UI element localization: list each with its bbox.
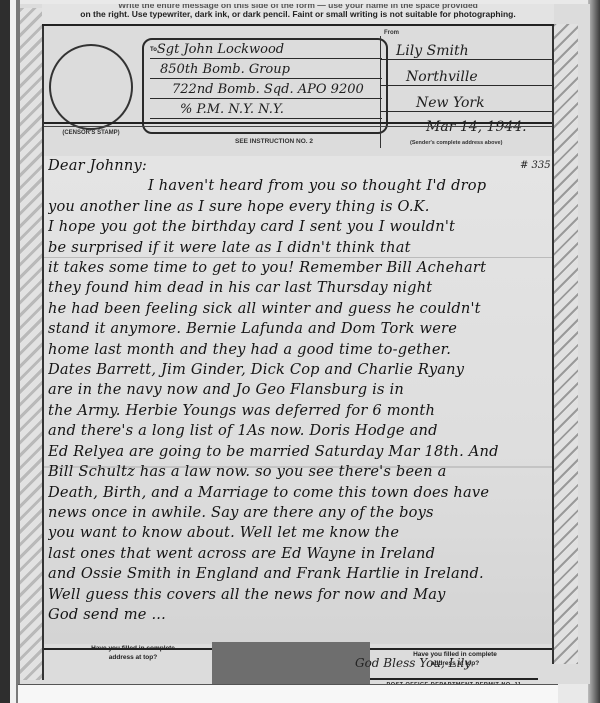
sender-town: Northville	[380, 62, 552, 86]
letter-line: and Ossie Smith in England and Frank Har…	[48, 564, 548, 584]
header-rule-secondary	[44, 126, 552, 127]
letter-line: news once in awhile. Say are there any o…	[48, 503, 548, 523]
letter-line: last ones that went across are Ed Wayne …	[48, 544, 548, 564]
salutation: Dear Johnny:	[48, 156, 548, 176]
letter-line: Death, Birth, and a Marriage to come thi…	[48, 483, 548, 503]
letter-line: Ed Relyea are going to be married Saturd…	[48, 442, 548, 462]
recipient-line-2: 850th Bomb. Group	[150, 62, 382, 79]
letter-line: and there's a long list of 1As now. Dori…	[48, 421, 548, 441]
recipient-line-4: % P.M. N.Y. N.Y.	[150, 102, 382, 119]
sender-name: Lily Smith	[380, 36, 552, 60]
letter-line: Dates Barrett, Jim Ginder, Dick Cop and …	[48, 360, 548, 380]
to-label: To	[150, 47, 157, 53]
handwritten-letter: Dear Johnny: I haven't heard from you so…	[48, 156, 548, 625]
letter-line: you another line as I sure hope every th…	[48, 197, 548, 217]
scan-edge-left	[0, 0, 10, 703]
recipient-line-3: 722nd Bomb. Sqd. APO 9200	[150, 82, 382, 99]
letter-line: I haven't heard from you so thought I'd …	[48, 176, 548, 196]
letter-line: are in the navy now and Jo Geo Flansburg…	[48, 380, 548, 400]
address-header: (CENSOR'S STAMP) ToSgt John Lockwood 850…	[44, 26, 552, 154]
letter-line: home last month and they had a good time…	[48, 340, 548, 360]
header-rule	[44, 122, 552, 124]
scanned-vmail-letter: Write the entire message on this side of…	[0, 0, 600, 703]
recipient-address-box: ToSgt John Lockwood 850th Bomb. Group 72…	[142, 38, 388, 134]
censor-stamp-circle	[49, 44, 133, 130]
instruction-line-2: on the right. Use typewriter, dark ink, …	[42, 10, 554, 19]
address-reminder-right: Have you filled in complete address at t…	[410, 650, 500, 668]
letter-line: you want to know about. Well let me know…	[48, 523, 548, 543]
letter-line: he had been feeling sick all winter and …	[48, 299, 548, 319]
censor-stamp-label: (CENSOR'S STAMP)	[50, 130, 132, 136]
sender-address-caption: (Sender's complete address above)	[410, 140, 540, 146]
letter-line: they found him dead in his car last Thur…	[48, 278, 548, 298]
hatched-border-right	[552, 24, 578, 664]
hatched-border-left	[20, 8, 44, 680]
address-reminder-left: Have you filled in complete address at t…	[88, 644, 178, 662]
letter-line: the Army. Herbie Youngs was deferred for…	[48, 401, 548, 421]
sender-state: New York	[380, 88, 552, 112]
form-instructions: Write the entire message on this side of…	[42, 4, 554, 26]
letter-line: be surprised if it were late as I didn't…	[48, 238, 548, 258]
letter-line: it takes some time to get to you! Rememb…	[48, 258, 548, 278]
letter-line: I hope you got the birthday card I sent …	[48, 217, 548, 237]
scan-bottom-margin	[18, 684, 558, 703]
see-instruction-label: SEE INSTRUCTION NO. 2	[204, 138, 344, 145]
letter-line: Bill Schultz has a law now. so you see t…	[48, 462, 548, 482]
letter-line: Well guess this covers all the news for …	[48, 585, 548, 605]
letter-line: God send me ...	[48, 605, 548, 625]
recipient-name: Sgt John Lockwood	[157, 42, 284, 57]
letter-date: Mar 14, 1944.	[380, 112, 552, 136]
recipient-line-1: ToSgt John Lockwood	[150, 42, 382, 59]
letter-line: stand it anymore. Bernie Lafunda and Dom…	[48, 319, 548, 339]
